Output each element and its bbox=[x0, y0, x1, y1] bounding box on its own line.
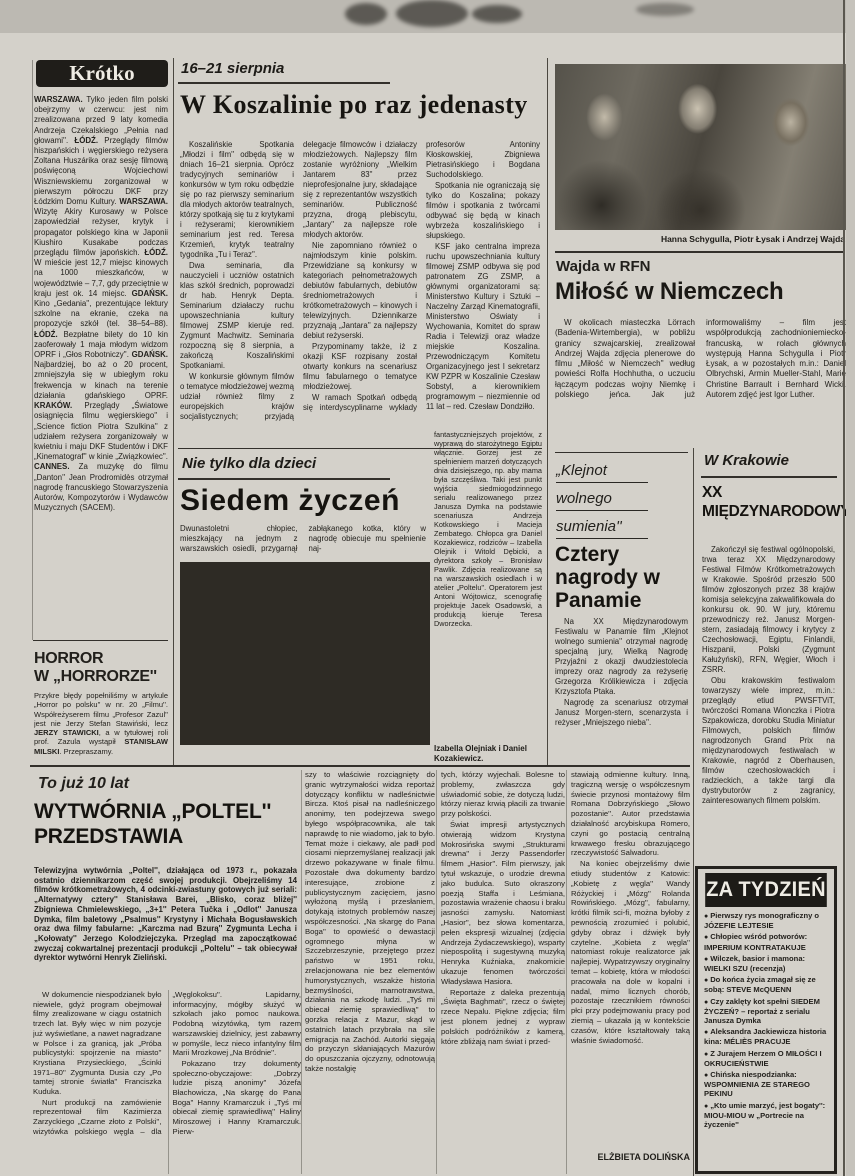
wajda-kicker: Wajda w RFN bbox=[556, 258, 650, 275]
panama-article-body: Na XX Międzynarodowym Festiwalu w Panami… bbox=[555, 617, 688, 775]
za-tydzien-items: Pierwszy rys monograficzny o JÓZEFIE LEJ… bbox=[704, 911, 828, 1129]
koszalin-article-body: Koszalińskie Spotkania „Młodzi i film'' … bbox=[180, 140, 540, 446]
poltel-headline: WYTWÓRNIA „POLTEL'' PRZEDSTAWIA bbox=[34, 799, 298, 849]
poltel-kicker: To już 10 lat bbox=[38, 775, 129, 793]
poltel-lead-paragraph: Telewizyjna wytwórnia „Poltel'', działaj… bbox=[34, 866, 297, 986]
column-rule-center bbox=[547, 58, 548, 765]
page-edge-line bbox=[843, 0, 845, 1176]
kicker-rule bbox=[178, 82, 390, 84]
scan-artifact bbox=[472, 5, 522, 23]
page-edge-paper bbox=[846, 0, 855, 1176]
newspaper-page: Krótko WARSZAWA. Tylko jeden film polski… bbox=[0, 0, 855, 1176]
kicker-rule bbox=[701, 476, 837, 478]
poltel-body-column-5: stawiają odmienne kultury. Inną, tragicz… bbox=[571, 770, 690, 1148]
kicker-rule bbox=[178, 478, 390, 480]
section-rule bbox=[33, 640, 168, 641]
wajda-headline: Miłość w Niemczech bbox=[555, 278, 846, 306]
za-tydzien-box: ZA TYDZIEŃ Pierwszy rys monograficzny o … bbox=[695, 866, 837, 1174]
za-tydzien-title: ZA TYDZIEŃ bbox=[705, 873, 827, 907]
section-rule bbox=[555, 251, 845, 253]
krotko-left-rule bbox=[32, 60, 33, 640]
krotko-news-briefs: WARSZAWA. Tylko jeden film polski obejrz… bbox=[34, 95, 168, 635]
panama-headline: Cztery nagrody w Panamie bbox=[555, 543, 673, 612]
siedem-article-body: fantastyczniejszych projektów, z wyprawą… bbox=[434, 430, 542, 742]
siedem-kicker: Nie tylko dla dzieci bbox=[182, 455, 316, 472]
krakow-article-body: Zakończył się festiwal ogólnopolski, trw… bbox=[702, 545, 835, 860]
poltel-body-column-4: tych, którzy wyjechali. Bolesne to probl… bbox=[441, 770, 565, 1174]
poltel-body-column-3: szy to właściwie rozciągnięty do granic … bbox=[305, 770, 435, 1174]
siedem-zyczen-photo bbox=[180, 562, 430, 745]
bottom-col-rule bbox=[301, 770, 302, 1174]
wajda-rfn-photo bbox=[555, 64, 846, 230]
column-rule-right bbox=[693, 448, 694, 1176]
horror-correction-headline: HORROR W „HORRORZE'' bbox=[34, 650, 174, 686]
horror-correction-text: Przykre błędy popełniliśmy w artykule „H… bbox=[34, 691, 168, 763]
poltel-body-columns-1-2: W dokumencie niespodzianek było niewiele… bbox=[33, 990, 301, 1174]
bottom-col-rule bbox=[566, 770, 567, 1174]
section-rule bbox=[555, 452, 688, 453]
wajda-article-body: W okolicach miasteczka Lörrach (Badenia-… bbox=[555, 318, 846, 448]
koszalin-kicker: 16–21 sierpnia bbox=[181, 60, 284, 77]
poltel-byline: ELŻBIETA DOLIŃSKA bbox=[571, 1152, 690, 1162]
krotko-section-title: Krótko bbox=[36, 60, 168, 87]
koszalin-headline: W Koszalinie po raz jedenasty bbox=[180, 90, 542, 120]
krakow-kicker: W Krakowie bbox=[704, 452, 789, 469]
siedem-intro-text: Dwunastoletni chłopiec, mieszkający na j… bbox=[180, 524, 426, 560]
scan-artifact bbox=[345, 3, 387, 25]
wajda-photo-caption: Hanna Schygulla, Piotr Łysak i Andrzej W… bbox=[556, 234, 845, 244]
siedem-photo-caption: Izabella Olejniak i Daniel Kozakiewicz. bbox=[434, 744, 544, 763]
bottom-col-rule bbox=[436, 770, 437, 1174]
scan-artifact bbox=[396, 0, 468, 27]
krakow-headline: XX MIĘDZYNARODOWY bbox=[702, 483, 838, 521]
scan-artifact bbox=[636, 3, 694, 16]
klejnot-quote: „Klejnotwolnegosumienia'' bbox=[556, 462, 656, 546]
page-top-edge bbox=[0, 0, 855, 33]
